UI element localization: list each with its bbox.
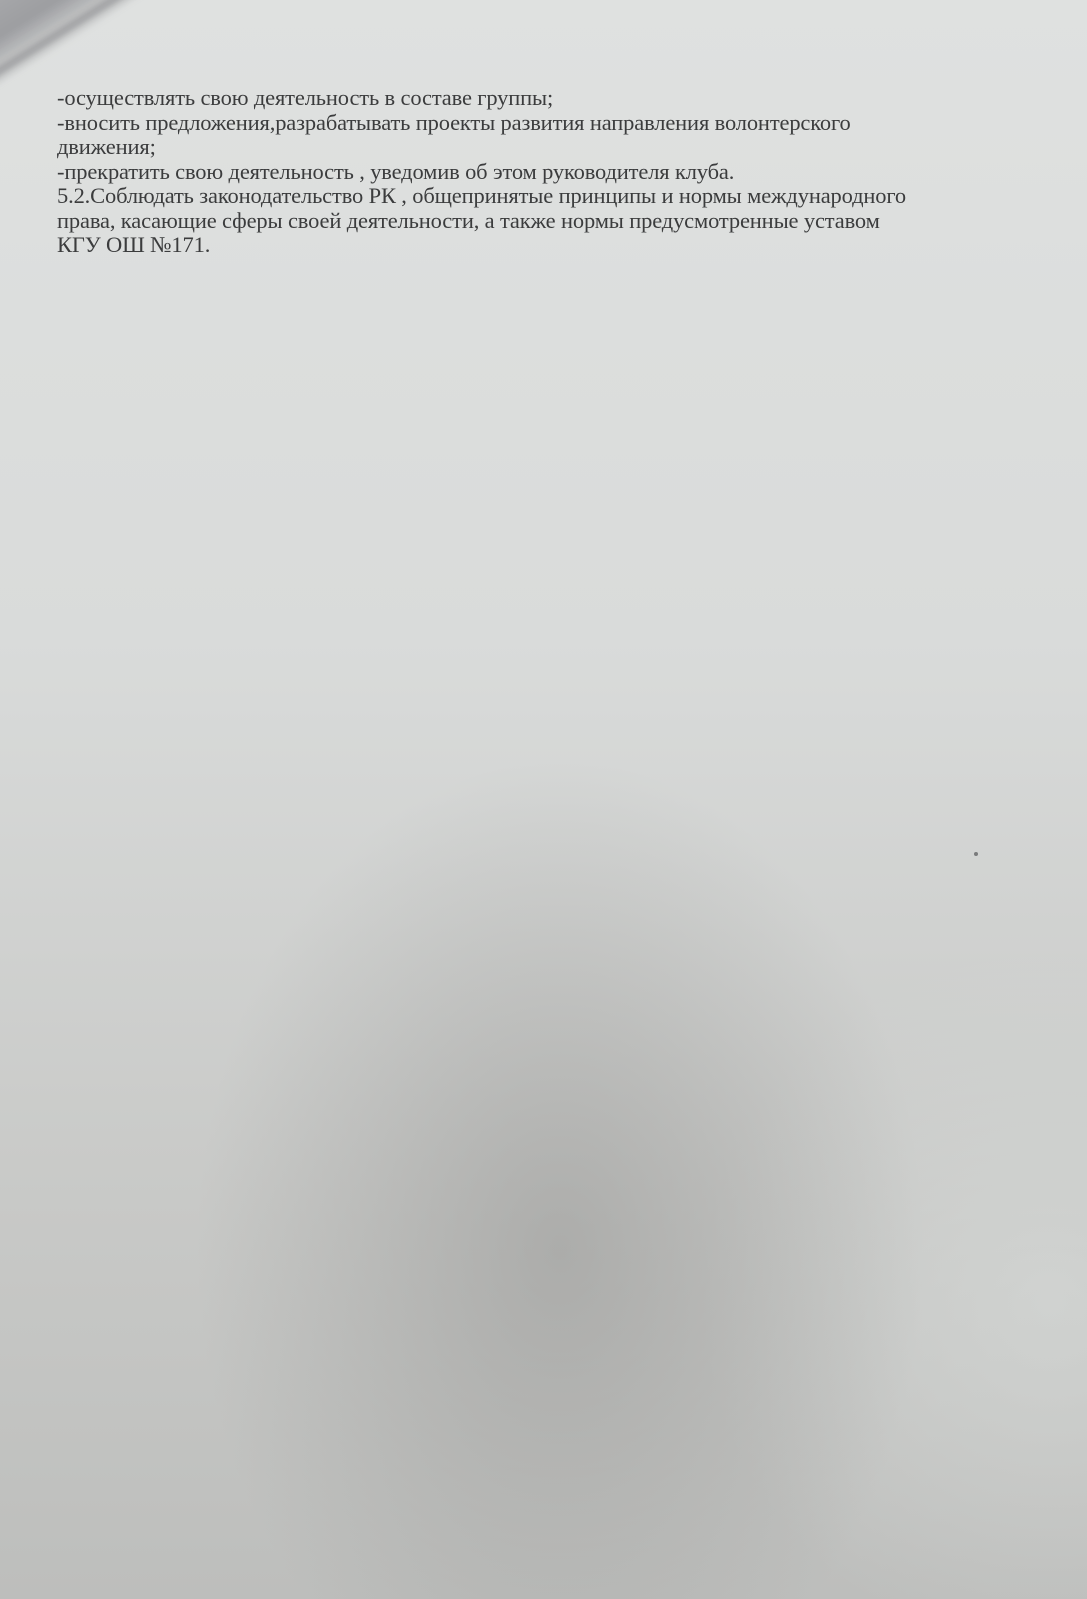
list-item-submit-proposals-cont: движения; xyxy=(57,135,1017,160)
document-page: -осуществлять свою деятельность в состав… xyxy=(0,0,1087,1599)
paper-speck xyxy=(974,852,978,856)
list-item-submit-proposals: -вносить предложения,разрабатывать проек… xyxy=(57,111,1017,136)
document-text: -осуществлять свою деятельность в состав… xyxy=(57,86,1017,258)
list-item-terminate-activity: -прекратить свою деятельность , уведомив… xyxy=(57,160,1017,185)
clause-5-2-cont: права, касающие сферы своей деятельности… xyxy=(57,209,1017,234)
clause-5-2-end: КГУ ОШ №171. xyxy=(57,233,1017,258)
list-item-act-in-group: -осуществлять свою деятельность в состав… xyxy=(57,86,1017,111)
clause-5-2: 5.2.Соблюдать законодательство РК , обще… xyxy=(57,184,1017,209)
